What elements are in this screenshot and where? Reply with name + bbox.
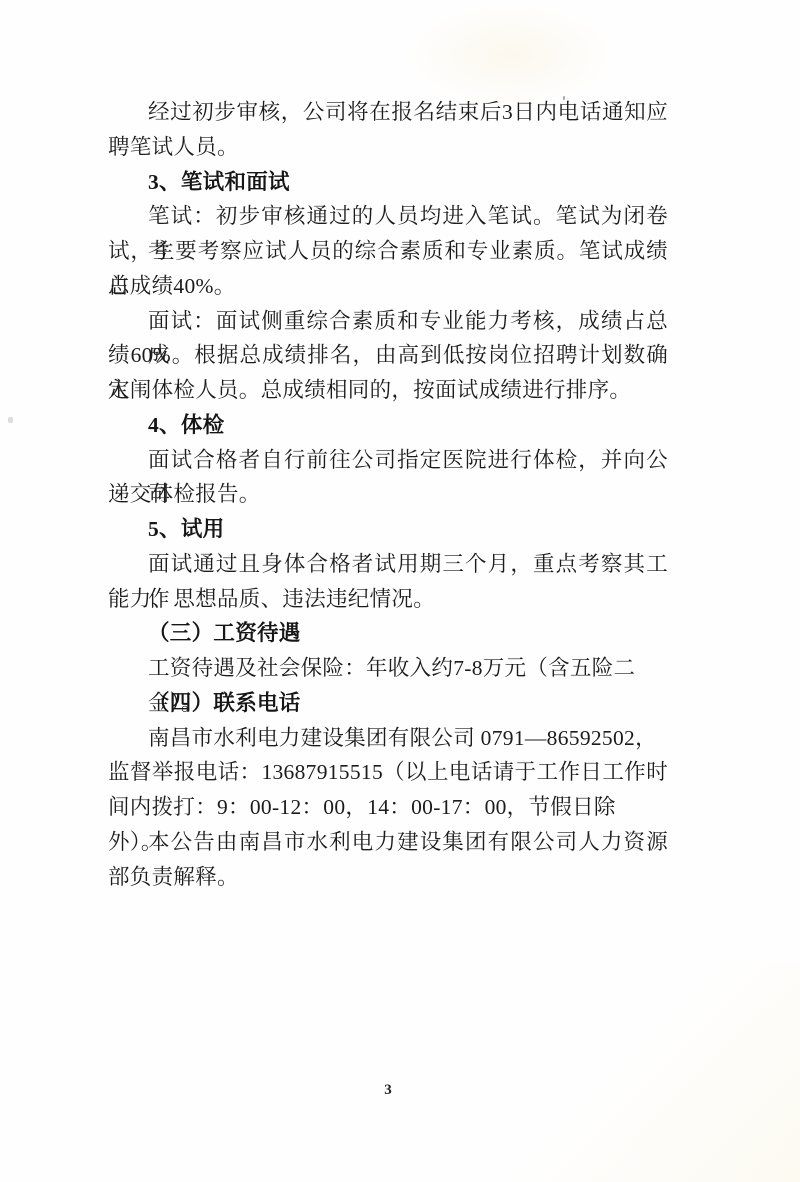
text-line: 面试合格者自行前往公司指定医院进行体检，并向公司	[108, 443, 668, 478]
heading-line: 4、体检	[108, 408, 668, 443]
heading-line: 3、笔试和面试	[108, 165, 668, 200]
text-line: 笔试：初步审核通过的人员均进入笔试。笔试为闭卷考	[108, 199, 668, 234]
text-line: 南昌市水利电力建设集团有限公司 0791—86592502，	[108, 721, 668, 756]
text-line: 间内拨打：9：00-12：00，14：00-17：00，节假日除外）。	[108, 790, 668, 825]
text-line: 试，主要考察应试人员的综合素质和专业素质。笔试成绩占	[108, 234, 668, 269]
scan-speck	[8, 417, 13, 423]
heading-line: （四）联系电话	[108, 686, 668, 721]
text-line: 入闱体检人员。总成绩相同的，按面试成绩进行排序。	[108, 373, 668, 408]
heading-line: （三）工资待遇	[108, 616, 668, 651]
text-line: 绩60%。根据总成绩排名，由高到低按岗位招聘计划数确定	[108, 338, 668, 373]
text-line: 监督举报电话：13687915515（以上电话请于工作日工作时	[108, 755, 668, 790]
text-line: 面试：面试侧重综合素质和专业能力考核，成绩占总成	[108, 304, 668, 339]
scan-smudge-bottom-right	[520, 962, 800, 1182]
text-line: 本公告由南昌市水利电力建设集团有限公司人力资源	[108, 825, 668, 860]
text-line: 经过初步审核，公司将在报名结束后3日内电话通知应	[108, 95, 668, 130]
text-line: 总成绩40%。	[108, 269, 668, 304]
page-number: 3	[108, 1082, 668, 1099]
text-line: 聘笔试人员。	[108, 130, 668, 165]
document-page: 经过初步审核，公司将在报名结束后3日内电话通知应聘笔试人员。3、笔试和面试笔试：…	[0, 0, 800, 1182]
text-line: 工资待遇及社会保险：年收入约7-8万元（含五险二金）。	[108, 651, 668, 686]
text-line: 递交体检报告。	[108, 477, 668, 512]
text-line: 面试通过且身体合格者试用期三个月，重点考察其工作	[108, 547, 668, 582]
text-line: 部负责解释。	[108, 860, 668, 895]
text-line: 能力、思想品质、违法违纪情况。	[108, 582, 668, 617]
document-body: 经过初步审核，公司将在报名结束后3日内电话通知应聘笔试人员。3、笔试和面试笔试：…	[108, 95, 668, 894]
heading-line: 5、试用	[108, 512, 668, 547]
